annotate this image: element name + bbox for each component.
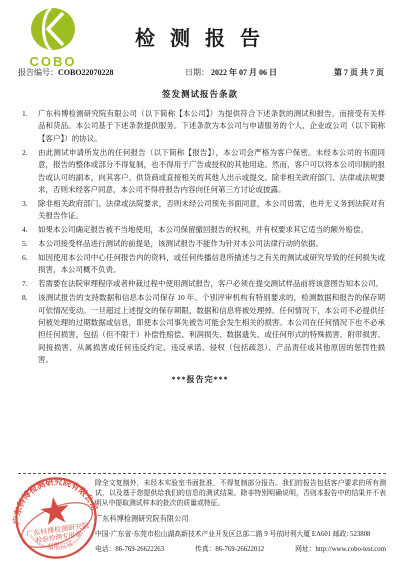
footer-text-block: 除全文复制外，未经本实验室书面批准，不得复制部分报告。我们的报告包括客户要求的所…: [95, 479, 386, 553]
company-seal-stamp-icon: 广东科博检测研究院有限公司 广东科博检测研究院 检验检测专用章 有限公司 GUA…: [6, 468, 105, 565]
term-text: 本公司接受样品进行测试的前提是，该测试报告不能作为针对本公司法律行动的依据。: [38, 238, 385, 250]
term-number: 1.: [22, 108, 38, 145]
term-number: 6.: [22, 252, 38, 277]
term-item-2: 2. 由此测试申请所发出的任何报告（以下简称【报告】），本公司会严格为客户保密。…: [22, 147, 385, 197]
term-item-8: 8. 该测试报告的支持数据和信息本公司保存 10 年。个别评审机构有特别要求的，…: [22, 292, 385, 366]
term-text: 由此测试申请所发出的任何报告（以下简称【报告】），本公司会严格为客户保密。未经本…: [38, 147, 385, 197]
term-text: 该测试报告的支持数据和信息本公司保存 10 年。个别评审机构有特别要求的，检测数…: [38, 292, 385, 366]
term-text: 除非相关政府部门、法律或法院要求，否则未经公司预先书面同意，本公司毋需，也并无义…: [38, 198, 385, 223]
term-text: 若需要在法院审理程序或者仲裁过程中使用测试报告，客户必须在提交测试样品前将该意图…: [38, 278, 385, 290]
term-item-7: 7. 若需要在法院审理程序或者仲裁过程中使用测试报告，客户必须在提交测试样品前将…: [22, 278, 385, 290]
term-number: 7.: [22, 278, 38, 290]
term-number: 3.: [22, 198, 38, 223]
report-number: 报告编号：COBO22070228: [18, 67, 114, 78]
fax-label: 传真：: [195, 546, 215, 553]
page-footer: 广东科博检测研究院有限公司 广东科博检测研究院 检验检测专用章 有限公司 GUA…: [18, 473, 386, 553]
fax-value: 86-769-26622012: [215, 546, 264, 553]
report-page: COBO 检 测 报 告 报告编号：COBO22070228 日期： 2022 …: [0, 0, 400, 565]
report-date-value: 2022 年 07 月 06 日: [211, 68, 277, 77]
report-meta-row: 报告编号：COBO22070228 日期： 2022 年 07 月 06 日 第…: [0, 67, 400, 79]
report-end-mark: ***报告完***: [0, 374, 400, 385]
cobo-logo-icon: [29, 7, 77, 51]
report-number-value: COBO22070228: [58, 68, 114, 77]
terms-list: 1. 广东科博检测研究院有限公司（以下简称【本公司】）为提供符合下述条款的测试和…: [22, 108, 385, 367]
report-date-label: 日期：: [185, 68, 209, 77]
term-number: 8.: [22, 292, 38, 366]
term-item-4: 4. 如果本公司确定报告被不当地使用，本公司保留撤回报告的权利，并有权要求其它适…: [22, 224, 385, 236]
term-text: 如因使用本公司中心任何报告内的资料，或任何传播信息所描述与之有关的测试或研究导致…: [38, 252, 385, 277]
term-number: 4.: [22, 224, 38, 236]
term-number: 2.: [22, 147, 38, 197]
footer-company-name: 广东科博检测研究院有限公司: [95, 514, 386, 524]
footer-fax: 传真：86-769-26622012: [195, 543, 264, 553]
term-item-1: 1. 广东科博检测研究院有限公司（以下简称【本公司】）为提供符合下述条款的测试和…: [22, 108, 385, 145]
term-item-6: 6. 如因使用本公司中心任何报告内的资料，或任何传播信息所描述与之有关的测试或研…: [22, 252, 385, 277]
footer-address: 中国·广东省·东莞市松山湖高新技术产业开发区总部二路 9 号依时利大厦 EA60…: [95, 528, 386, 538]
report-date: 日期： 2022 年 07 月 06 日: [185, 67, 277, 78]
term-text: 广东科博检测研究院有限公司（以下简称【本公司】）为提供符合下述条款的测试和报告，…: [38, 108, 385, 145]
telephone-value: 86-769-26622263: [115, 546, 164, 553]
website-label: 网址：: [295, 546, 315, 553]
term-text: 如果本公司确定报告被不当地使用，本公司保留撤回报告的权利，并有权要求其它适当的额…: [38, 224, 385, 236]
report-number-label: 报告编号：: [18, 68, 58, 77]
page-indicator: 第 7 页 共 7 页: [334, 67, 384, 78]
footer-contacts-row: 电话：86-769-26622263 传真：86-769-26622012 网址…: [95, 543, 386, 553]
term-item-3: 3. 除非相关政府部门、法律或法院要求，否则未经公司预先书面同意，本公司毋需，也…: [22, 198, 385, 223]
term-number: 5.: [22, 238, 38, 250]
footer-website: 网址：http://www.cobo-test.com: [295, 543, 386, 553]
website-value: http://www.cobo-test.com: [315, 546, 386, 553]
footer-telephone: 电话：86-769-26622263: [95, 543, 164, 553]
section-title: 签发测试报告条款: [0, 88, 400, 100]
term-item-5: 5. 本公司接受样品进行测试的前提是，该测试报告不能作为针对本公司法律行动的依据…: [22, 238, 385, 250]
cobo-logo: COBO: [22, 7, 84, 69]
footer-disclaimer: 除全文复制外，未经本实验室书面批准，不得复制部分报告。我们的报告包括客户要求的所…: [95, 479, 386, 510]
